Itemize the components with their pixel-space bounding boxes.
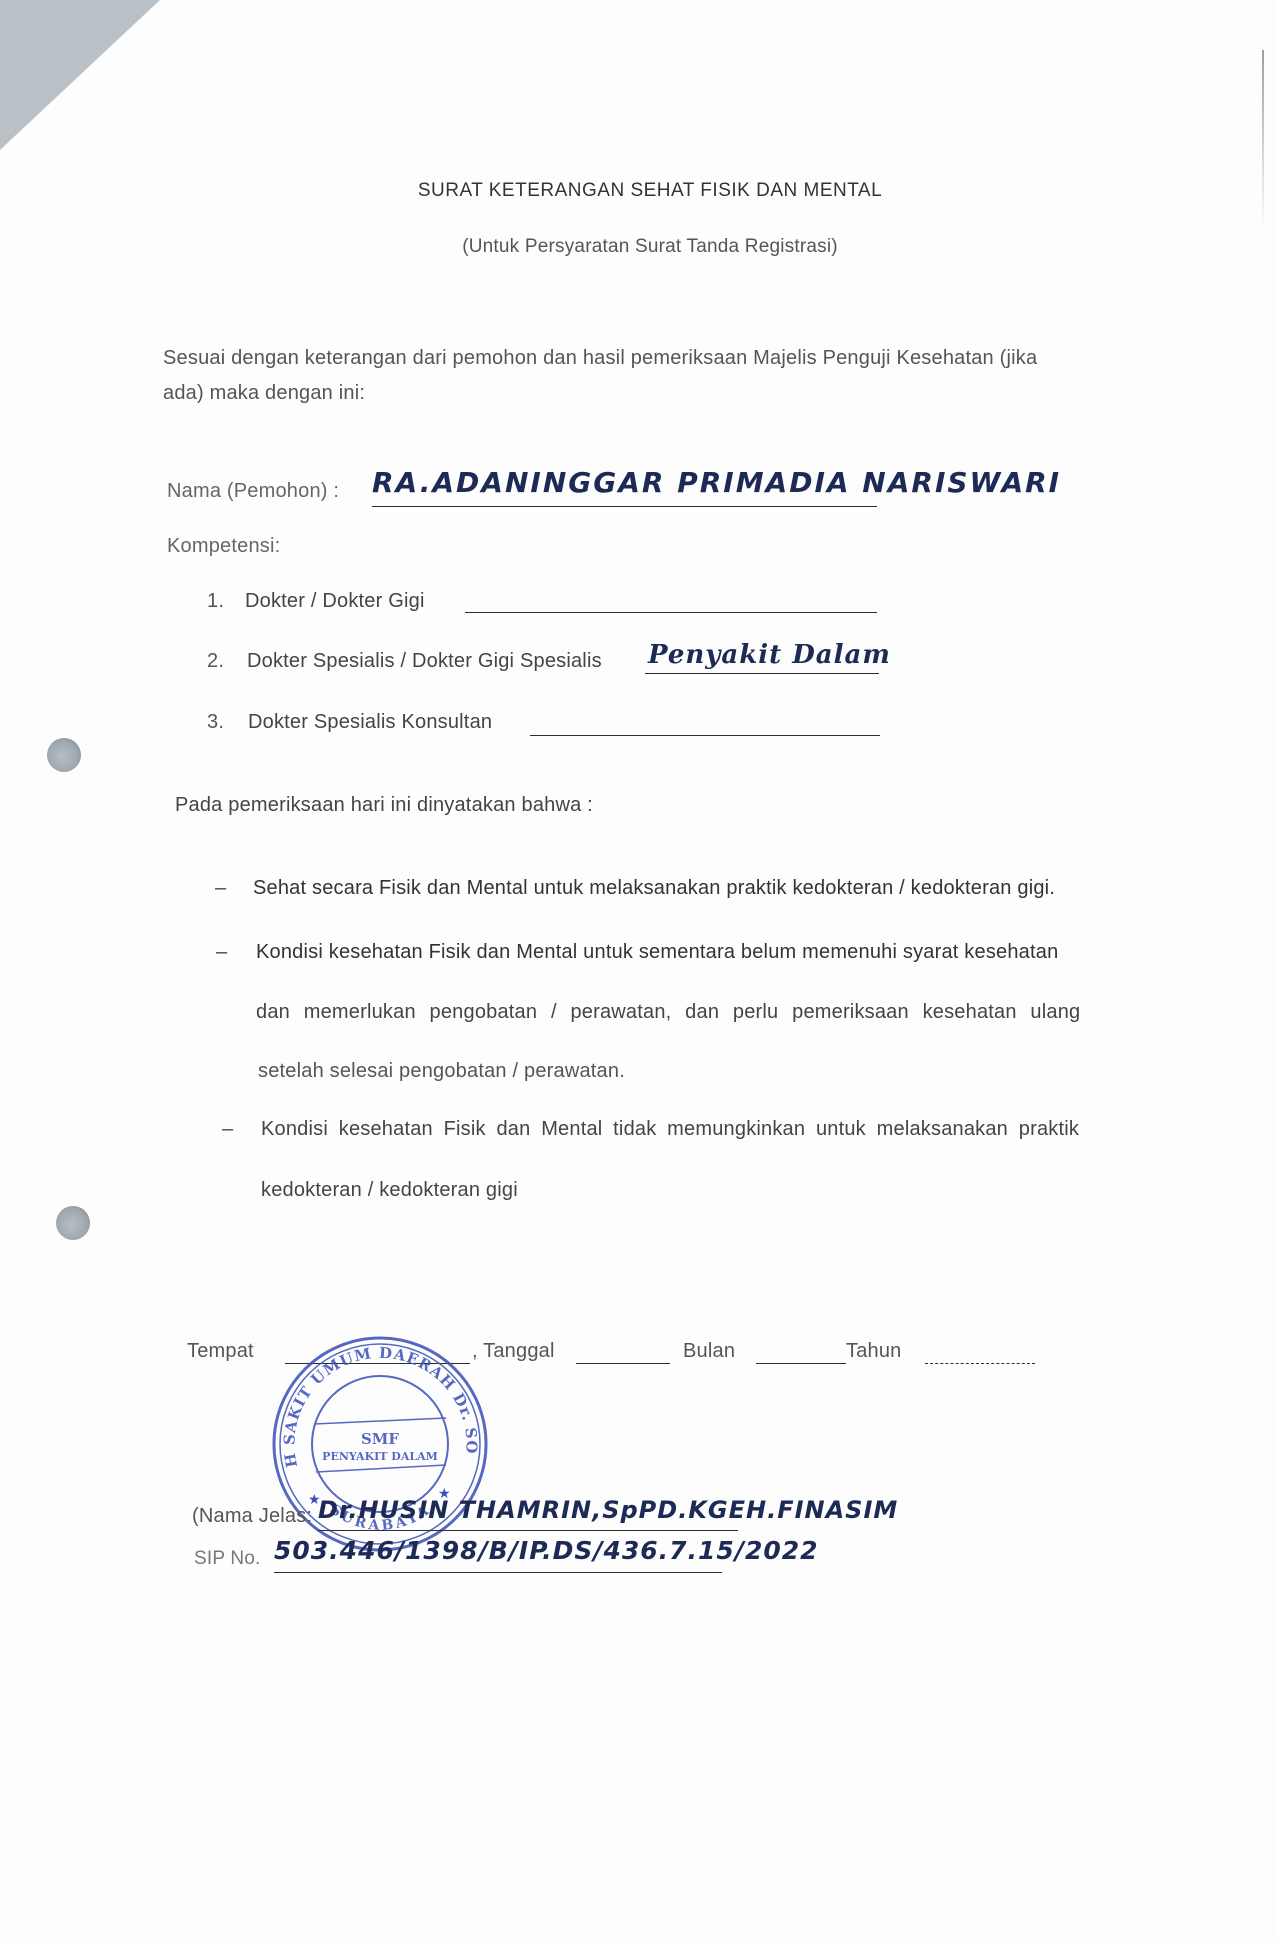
place-label: Tempat: [187, 1340, 254, 1363]
applicant-underline: [372, 506, 877, 507]
competency-3-label: Dokter Spesialis Konsultan: [248, 711, 492, 734]
signatory-name-underline: [318, 1530, 738, 1531]
applicant-name-field[interactable]: RA.ADANINGGAR PRIMADIA NARISWARI: [372, 466, 1061, 499]
year-underline: [925, 1363, 1035, 1364]
finding-1-checkbox[interactable]: –: [215, 877, 226, 900]
sip-underline: [274, 1572, 722, 1573]
punch-hole-icon: [56, 1206, 90, 1240]
finding-3-text-line-2: kedokteran / kedokteran gigi: [261, 1179, 518, 1202]
sip-label: SIP No.: [194, 1548, 261, 1570]
finding-2-checkbox[interactable]: –: [216, 941, 227, 964]
findings-lead: Pada pemeriksaan hari ini dinyatakan bah…: [175, 794, 593, 817]
competency-2-underline: [645, 673, 879, 674]
competency-1-label: Dokter / Dokter Gigi: [245, 590, 425, 613]
finding-2-text-line-1: Kondisi kesehatan Fisik dan Mental untuk…: [256, 941, 1058, 964]
intro-line-1: Sesuai dengan keterangan dari pemohon da…: [163, 347, 1037, 370]
punch-hole-icon: [47, 738, 81, 772]
date-underline: [576, 1363, 670, 1364]
competency-1-underline: [465, 612, 877, 613]
competency-2-number: 2.: [207, 650, 224, 673]
intro-line-2: ada) maka dengan ini:: [163, 382, 365, 405]
page-edge-shadow: [1262, 50, 1264, 230]
sip-field[interactable]: 503.446/1398/B/IP.DS/436.7.15/2022: [274, 1536, 819, 1565]
competency-label: Kompetensi:: [167, 535, 280, 558]
signatory-name-field[interactable]: Dr.HUSIN THAMRIN,SpPD.KGEH.FINASIM: [318, 1496, 898, 1524]
signatory-name-label: (Nama Jelas:: [192, 1505, 312, 1528]
document-subtitle: (Untuk Persyaratan Surat Tanda Registras…: [0, 236, 1275, 258]
finding-3-text-line-1: Kondisi kesehatan Fisik dan Mental tidak…: [261, 1118, 1079, 1141]
document-page: SURAT KETERANGAN SEHAT FISIK DAN MENTAL …: [0, 0, 1275, 1943]
competency-3-underline: [530, 735, 880, 736]
month-underline: [756, 1363, 846, 1364]
stamp-inner-line-1: SMF: [361, 1430, 399, 1448]
competency-2-label: Dokter Spesialis / Dokter Gigi Spesialis: [247, 650, 602, 673]
finding-2-text-line-2: dan memerlukan pengobatan / perawatan, d…: [256, 1001, 1080, 1024]
finding-3-checkbox[interactable]: –: [222, 1118, 233, 1141]
document-title: SURAT KETERANGAN SEHAT FISIK DAN MENTAL: [0, 180, 1275, 202]
competency-2-field[interactable]: Penyakit Dalam: [648, 640, 891, 670]
competency-1-number: 1.: [207, 590, 224, 613]
month-label: Bulan: [683, 1340, 735, 1363]
competency-3-number: 3.: [207, 711, 224, 734]
finding-1-text: Sehat secara Fisik dan Mental untuk mela…: [253, 877, 1055, 900]
folded-corner: [0, 0, 160, 150]
applicant-label: Nama (Pemohon) :: [167, 480, 339, 503]
year-label: Tahun: [846, 1340, 902, 1363]
stamp-inner-line-2: PENYAKIT DALAM: [322, 1450, 438, 1463]
finding-2-text-line-3: setelah selesai pengobatan / perawatan.: [258, 1060, 625, 1083]
